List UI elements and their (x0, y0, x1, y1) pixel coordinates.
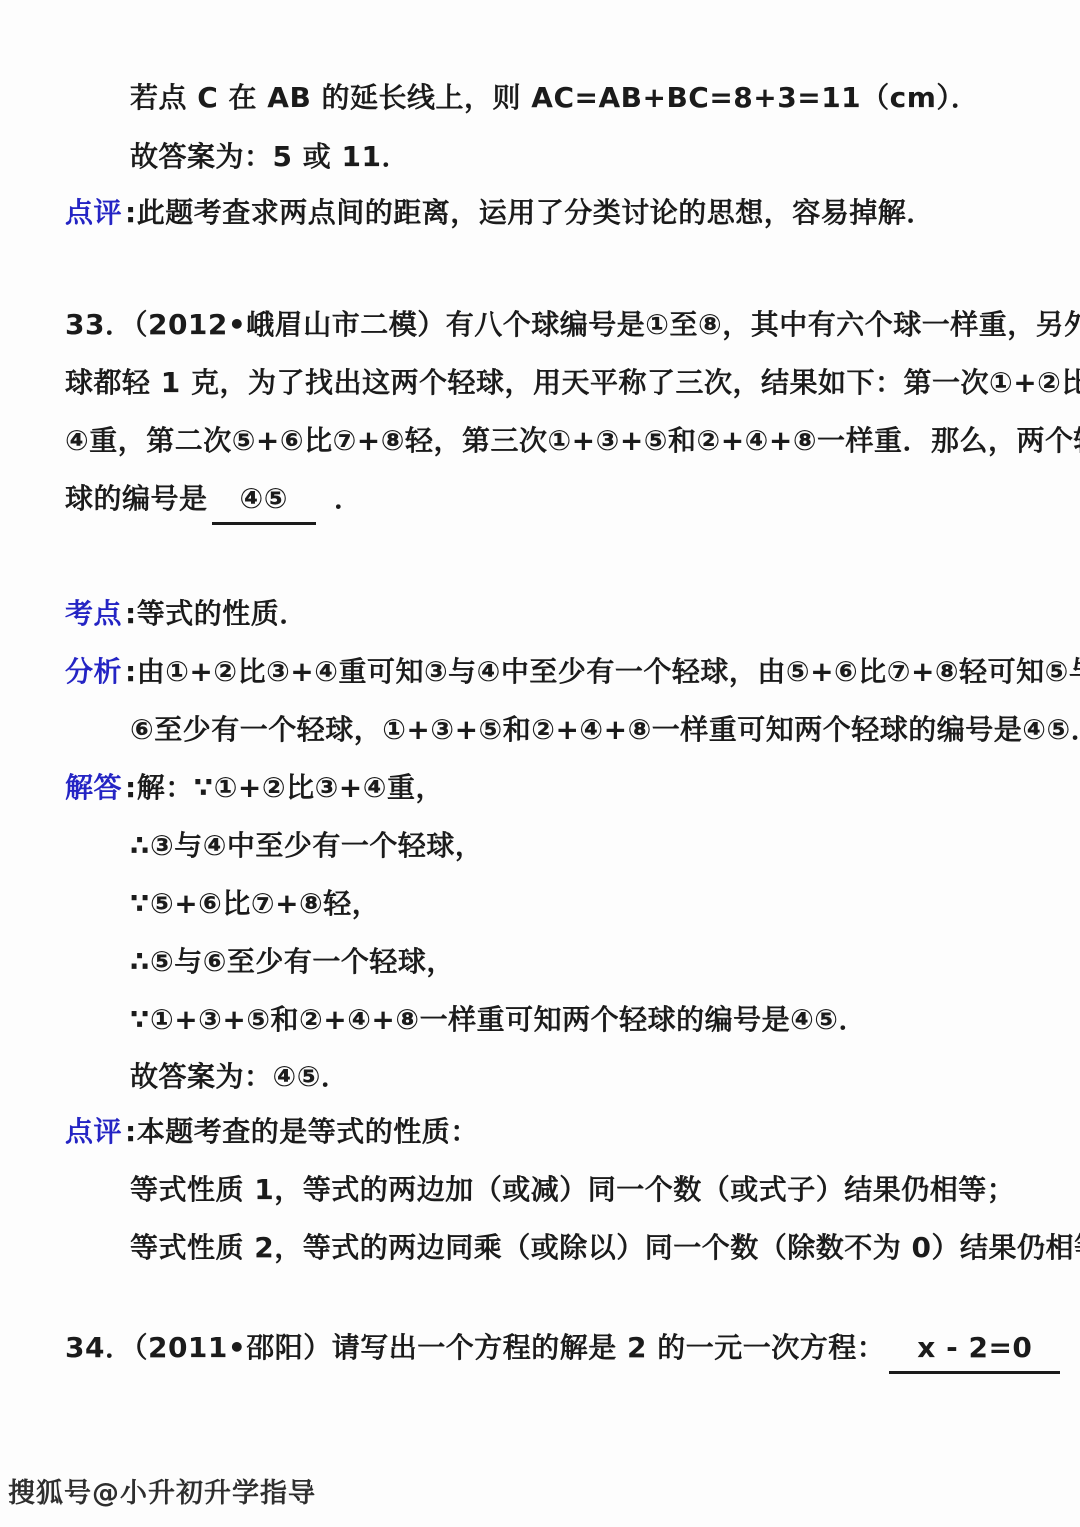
problem34-answer-blank: x - 2=0 (889, 1328, 1060, 1374)
jieda-line-3: ∵⑤+⑥比⑦+⑧轻， (130, 884, 380, 924)
problem33-line-3: ④重，第二次⑤+⑥比⑦+⑧轻，第三次①+③+⑤和②+④+⑧一样重．那么，两个轻 (65, 421, 1080, 461)
fenxi-line-1: 分析:由①+②比③+④重可知③与④中至少有一个轻球，由⑤+⑥比⑦+⑧轻可知⑤与 (65, 652, 1080, 692)
prev-solution-line: 若点 C 在 AB 的延长线上，则 AC=AB+BC=8+3=11（cm）． (130, 78, 979, 118)
problem33-line-2: 球都轻 1 克，为了找出这两个轻球，用天平称了三次，结果如下：第一次①+②比③+ (65, 363, 1080, 403)
jieda-line-4: ∴⑤与⑥至少有一个轻球， (130, 942, 455, 982)
prev-comment-line: 点评:此题考查求两点间的距离，运用了分类讨论的思想，容易掉解． (65, 193, 935, 233)
kaodian-text: :等式的性质． (125, 597, 308, 630)
prev-solution-answer-line: 故答案为：5 或 11． (130, 137, 410, 177)
jieda-line-5: ∵①+③+⑤和②+④+⑧一样重可知两个轻球的编号是④⑤． (130, 1000, 867, 1040)
jieda-line-2: ∴③与④中至少有一个轻球， (130, 826, 483, 866)
kaodian-line: 考点:等式的性质． (65, 594, 308, 634)
problem34-prefix: 34．（2011•邵阳）请写出一个方程的解是 2 的一元一次方程： (65, 1331, 885, 1364)
fenxi-label: 分析 (65, 655, 122, 688)
dianping2-label: 点评 (65, 1115, 122, 1148)
fenxi-text-1: :由①+②比③+④重可知③与④中至少有一个轻球，由⑤+⑥比⑦+⑧轻可知⑤与 (125, 655, 1080, 688)
problem33-answer-line: 球的编号是④⑤． (65, 479, 362, 525)
dianping2-line-3: 等式性质 2，等式的两边同乘（或除以）同一个数（除数不为 0）结果仍相等． (130, 1228, 1080, 1268)
sohu-watermark: 搜狐号@小升初升学指导 (8, 1474, 316, 1514)
dianping-label: 点评 (65, 196, 122, 229)
jieda-text-1: :解：∵①+②比③+④重， (125, 771, 444, 804)
jieda-label: 解答 (65, 771, 122, 804)
dianping2-text-1: :本题考查的是等式的性质： (125, 1115, 479, 1148)
jieda-line-1: 解答:解：∵①+②比③+④重， (65, 768, 444, 808)
fenxi-line-2: ⑥至少有一个轻球，①+③+⑤和②+④+⑧一样重可知两个轻球的编号是④⑤． (130, 710, 1080, 750)
problem33-line-1: 33．（2012•峨眉山市二模）有八个球编号是①至⑧，其中有六个球一样重，另外两… (65, 305, 1080, 345)
kaodian-label: 考点 (65, 597, 122, 630)
problem33-answer-blank: ④⑤ (212, 479, 316, 525)
problem33-answer-period: ． (334, 482, 363, 515)
document-page: 若点 C 在 AB 的延长线上，则 AC=AB+BC=8+3=11（cm）． 故… (0, 0, 1080, 1527)
dianping2-line-2: 等式性质 1，等式的两边加（或减）同一个数（或式子）结果仍相等； (130, 1170, 1015, 1210)
jieda-line-6: 故答案为：④⑤． (130, 1057, 349, 1097)
problem33-answer-prefix: 球的编号是 (65, 482, 208, 515)
dianping2-line-1: 点评:本题考查的是等式的性质： (65, 1112, 479, 1152)
dianping-text: :此题考查求两点间的距离，运用了分类讨论的思想，容易掉解． (125, 196, 935, 229)
problem34-line: 34．（2011•邵阳）请写出一个方程的解是 2 的一元一次方程：x - 2=0… (65, 1328, 1080, 1374)
